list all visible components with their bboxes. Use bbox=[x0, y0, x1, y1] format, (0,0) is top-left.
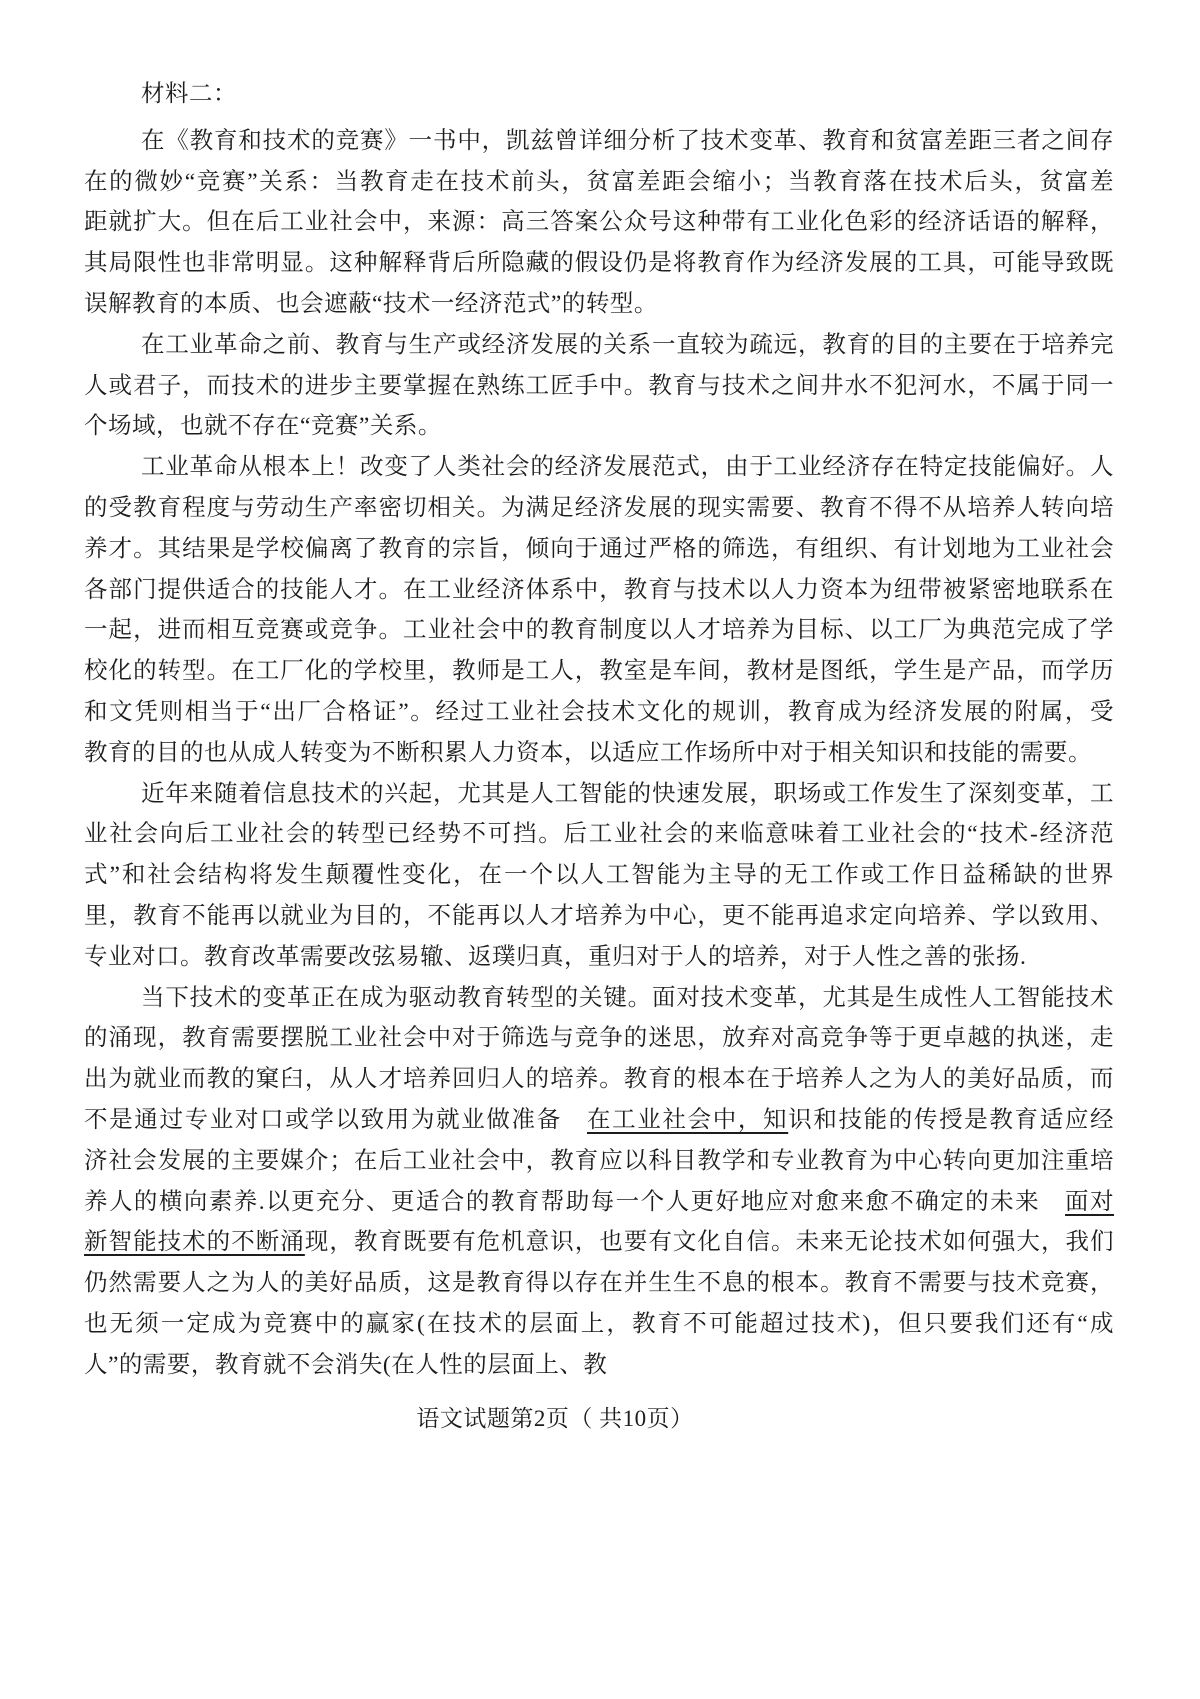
text-line: 和文凭则相当于“出厂合格证”。经过工业社会技术文化的规训，教育成为经济发展的附属… bbox=[84, 692, 1114, 733]
text-segment: 和文凭则相当于“出厂合格证”。经过工业社会技术文化的规训，教育成为经济发展的附属… bbox=[84, 699, 1114, 725]
text-line: 也无须一定成为竞赛中的赢家(在技术的层面上，教育不可能超过技术)，但只要我们还有… bbox=[84, 1304, 1114, 1345]
text-line: 出为就业而教的窠臼，从人才培养回归人的培养。教育的根本在于培养人之为人的美好品质… bbox=[84, 1059, 1114, 1100]
material-two-heading: 材料二： bbox=[84, 74, 1114, 115]
text-line: 在《教育和技术的竞赛》一书中，凯兹曾详细分析了技术变革、教育和贫富差距三者之间存 bbox=[84, 121, 1114, 162]
text-segment: 当下技术的变革正在成为驱动教育转型的关键。面对技术变革，尤其是生成性人工智能技术 bbox=[141, 985, 1114, 1011]
text-segment: 校化的转型。在工厂化的学校里，教师是工人，教室是车间，教材是图纸，学生是产品，而… bbox=[84, 658, 1114, 684]
text-line: 近年来随着信息技术的兴起，尤其是人工智能的快速发展，职场或工作发生了深刻变革，工 bbox=[84, 774, 1114, 815]
text-line: 误解教育的本质、也会遮蔽“技术一经济范式”的转型。 bbox=[84, 284, 1114, 325]
underlined-text: 在工业社会中，知 bbox=[587, 1107, 788, 1133]
text-segment: 人”的需要，教育就不会消失(在人性的层面上、教 bbox=[84, 1352, 607, 1378]
text-segment: 在的微妙“竞赛”关系：当教育走在技术前头，贫富差距会缩小；当教育落在技术后头，贫… bbox=[84, 169, 1114, 195]
text-line: 其局限性也非常明显。这种解释背后所隐藏的假设仍是将教育作为经济发展的工具，可能导… bbox=[84, 243, 1114, 284]
page-footer: 语文试题第2页（ 共10页） bbox=[0, 1400, 1110, 1433]
text-line: 在的微妙“竞赛”关系：当教育走在技术前头，贫富差距会缩小；当教育落在技术后头，贫… bbox=[84, 162, 1114, 203]
text-segment: 专业对口。教育改革需要改弦易辙、返璞归真，重归对于人的培养，对于人性之善的张扬. bbox=[84, 944, 1026, 970]
text-line: 工业革命从根本上！改变了人类社会的经济发展范式，由于工业经济存在特定技能偏好。人 bbox=[84, 447, 1114, 488]
text-segment: 式”和社会结构将发生颠覆性变化，在一个以人工智能为主导的无工作或工作日益稀缺的世… bbox=[84, 862, 1114, 888]
text-segment: 的受教育程度与劳动生产率密切相关。为满足经济发展的现实需要、教育不得不从培养人转… bbox=[84, 495, 1114, 521]
text-segment: 养才。其结果是学校偏离了教育的宗旨，倾向于通过严格的筛选，有组织、有计划地为工业… bbox=[84, 536, 1114, 562]
text-line: 式”和社会结构将发生颠覆性变化，在一个以人工智能为主导的无工作或工作日益稀缺的世… bbox=[84, 855, 1114, 896]
text-segment: 出为就业而教的窠臼，从人才培养回归人的培养。教育的根本在于培养人之为人的美好品质… bbox=[84, 1066, 1114, 1092]
text-line: 人或君子，而技术的进步主要掌握在熟练工匠手中。教育与技术之间井水不犯河水，不属于… bbox=[84, 366, 1114, 407]
text-line: 业社会向后工业社会的转型已经势不可挡。后工业社会的来临意味着工业社会的“技术-经… bbox=[84, 814, 1114, 855]
text-line: 的涌现，教育需要摆脱工业社会中对于筛选与竞争的迷思，放弃对高竞争等于更卓越的执迷… bbox=[84, 1018, 1114, 1059]
text-segment: 的涌现，教育需要摆脱工业社会中对于筛选与竞争的迷思，放弃对高竞争等于更卓越的执迷… bbox=[84, 1025, 1114, 1051]
text-segment: 业社会向后工业社会的转型已经势不可挡。后工业社会的来临意味着工业社会的“技术-经… bbox=[84, 821, 1114, 847]
text-line: 各部门提供适合的技能人才。在工业经济体系中，教育与技术以人力资本为纽带被紧密地联… bbox=[84, 570, 1114, 611]
text-segment: 仍然需要人之为人的美好品质，这是教育得以存在并生生不息的根本。教育不需要与技术竞… bbox=[84, 1270, 1114, 1296]
text-line: 人”的需要，教育就不会消失(在人性的层面上、教 bbox=[84, 1345, 1114, 1386]
text-segment: 在工业革命之前、教育与生产或经济发展的关系一直较为疏远，教育的目的主要在于培养完 bbox=[141, 332, 1114, 358]
text-line: 校化的转型。在工厂化的学校里，教师是工人，教室是车间，教材是图纸，学生是产品，而… bbox=[84, 651, 1114, 692]
text-segment: 误解教育的本质、也会遮蔽“技术一经济范式”的转型。 bbox=[84, 291, 658, 317]
text-segment: 在《教育和技术的竞赛》一书中，凯兹曾详细分析了技术变革、教育和贫富差距三者之间存 bbox=[141, 128, 1114, 154]
document-body: 材料二： 在《教育和技术的竞赛》一书中，凯兹曾详细分析了技术变革、教育和贫富差距… bbox=[84, 74, 1114, 1386]
text-segment: 里，教育不能再以就业为目的，不能再以人才培养为中心，更不能再追求定向培养、学以致… bbox=[84, 903, 1114, 929]
text-line: 不是通过专业对口或学以致用为就业做准备 在工业社会中，知识和技能的传授是教育适应… bbox=[84, 1100, 1114, 1141]
text-line: 养才。其结果是学校偏离了教育的宗旨，倾向于通过严格的筛选，有组织、有计划地为工业… bbox=[84, 529, 1114, 570]
text-segment: 其局限性也非常明显。这种解释背后所隐藏的假设仍是将教育作为经济发展的工具，可能导… bbox=[84, 250, 1114, 276]
text-segment: 一起，进而相互竞赛或竞争。工业社会中的教育制度以人才培养为目标、以工厂为典范完成… bbox=[84, 617, 1114, 643]
text-segment: 养人的横向素养.以更充分、更适合的教育帮助每一个人更好地应对愈来愈不确定的未来 bbox=[84, 1189, 1065, 1215]
text-line: 里，教育不能再以就业为目的，不能再以人才培养为中心，更不能再追求定向培养、学以致… bbox=[84, 896, 1114, 937]
text-segment: 工业革命从根本上！改变了人类社会的经济发展范式，由于工业经济存在特定技能偏好。人 bbox=[141, 454, 1114, 480]
text-line: 的受教育程度与劳动生产率密切相关。为满足经济发展的现实需要、教育不得不从培养人转… bbox=[84, 488, 1114, 529]
text-line: 当下技术的变革正在成为驱动教育转型的关键。面对技术变革，尤其是生成性人工智能技术 bbox=[84, 978, 1114, 1019]
text-line: 距就扩大。但在后工业社会中，来源：高三答案公众号这种带有工业化色彩的经济话语的解… bbox=[84, 202, 1114, 243]
text-segment: 现，教育既要有危机意识，也要有文化自信。未来无论技术如何强大，我们 bbox=[305, 1229, 1114, 1255]
underlined-text: 面对 bbox=[1065, 1189, 1114, 1215]
text-line: 一起，进而相互竞赛或竞争。工业社会中的教育制度以人才培养为目标、以工厂为典范完成… bbox=[84, 610, 1114, 651]
text-segment: 也无须一定成为竞赛中的赢家(在技术的层面上，教育不可能超过技术)，但只要我们还有… bbox=[84, 1311, 1114, 1337]
text-line: 新智能技术的不断涌现，教育既要有危机意识，也要有文化自信。未来无论技术如何强大，… bbox=[84, 1222, 1114, 1263]
text-segment: 近年来随着信息技术的兴起，尤其是人工智能的快速发展，职场或工作发生了深刻变革，工 bbox=[141, 781, 1114, 807]
document-text-lines: 在《教育和技术的竞赛》一书中，凯兹曾详细分析了技术变革、教育和贫富差距三者之间存… bbox=[84, 121, 1114, 1386]
text-line: 专业对口。教育改革需要改弦易辙、返璞归真，重归对于人的培养，对于人性之善的张扬. bbox=[84, 937, 1114, 978]
text-line: 个场域，也就不存在“竞赛”关系。 bbox=[84, 406, 1114, 447]
text-segment: 教育的目的也从成人转变为不断积累人力资本，以适应工作场所中对于相关知识和技能的需… bbox=[84, 740, 1092, 766]
text-line: 在工业革命之前、教育与生产或经济发展的关系一直较为疏远，教育的目的主要在于培养完 bbox=[84, 325, 1114, 366]
text-segment: 人或君子，而技术的进步主要掌握在熟练工匠手中。教育与技术之间井水不犯河水，不属于… bbox=[84, 373, 1114, 399]
text-line: 仍然需要人之为人的美好品质，这是教育得以存在并生生不息的根本。教育不需要与技术竞… bbox=[84, 1263, 1114, 1304]
text-segment: 个场域，也就不存在“竞赛”关系。 bbox=[84, 413, 442, 439]
text-segment: 不是通过专业对口或学以致用为就业做准备 bbox=[84, 1107, 587, 1133]
text-segment: 济社会发展的主要媒介；在后工业社会中，教育应以科目教学和专业教育为中心转向更加注… bbox=[84, 1148, 1114, 1174]
text-line: 养人的横向素养.以更充分、更适合的教育帮助每一个人更好地应对愈来愈不确定的未来 … bbox=[84, 1182, 1114, 1223]
text-line: 教育的目的也从成人转变为不断积累人力资本，以适应工作场所中对于相关知识和技能的需… bbox=[84, 733, 1114, 774]
text-segment: 距就扩大。但在后工业社会中，来源：高三答案公众号这种带有工业化色彩的经济话语的解… bbox=[84, 209, 1114, 235]
text-line: 济社会发展的主要媒介；在后工业社会中，教育应以科目教学和专业教育为中心转向更加注… bbox=[84, 1141, 1114, 1182]
underlined-text: 新智能技术的不断涌 bbox=[84, 1229, 305, 1255]
text-segment: 识和技能的传授是教育适应经 bbox=[788, 1107, 1114, 1133]
text-segment: 各部门提供适合的技能人才。在工业经济体系中，教育与技术以人力资本为纽带被紧密地联… bbox=[84, 577, 1114, 603]
